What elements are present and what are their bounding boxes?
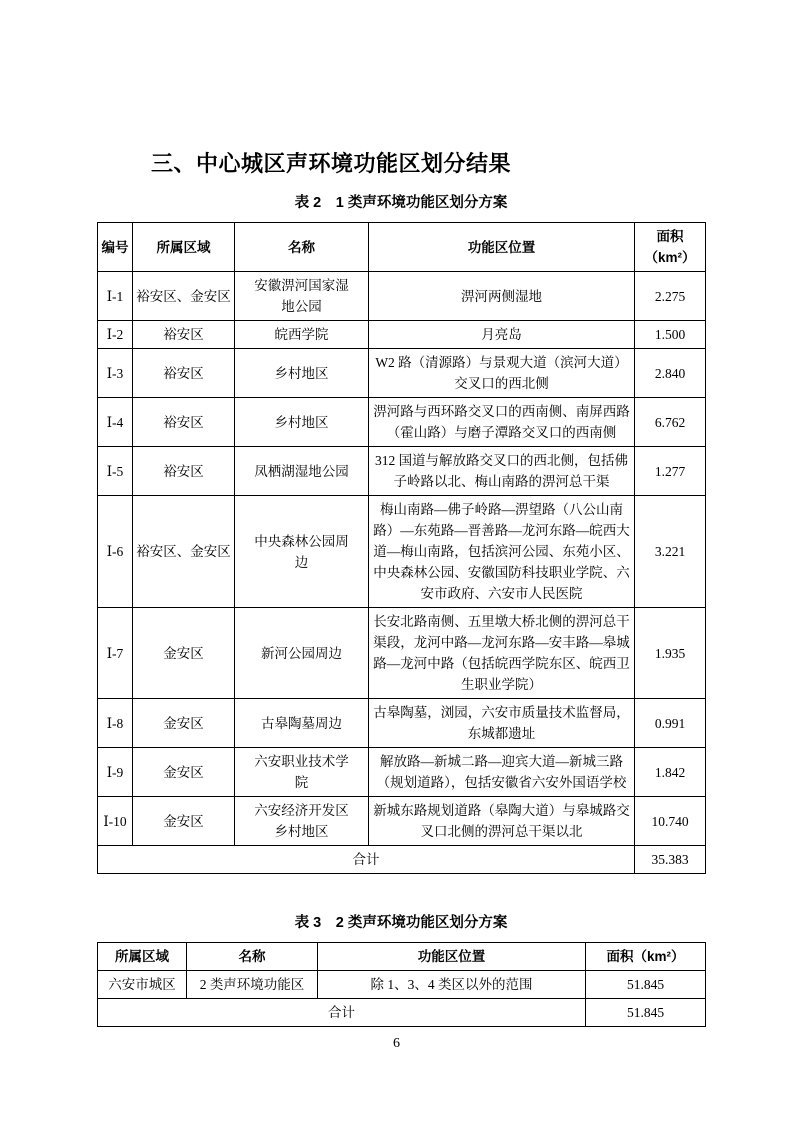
cell-location: 淠河两侧湿地: [369, 272, 635, 321]
column-header-location: 功能区位置: [369, 223, 635, 272]
table2-class1-zones: 编号 所属区域 名称 功能区位置 面积（km²） Ⅰ-1 裕安区、金安区 安徽淠…: [97, 222, 706, 874]
total-area: 35.383: [635, 846, 706, 874]
cell-name: 古皋陶墓周边: [235, 699, 369, 748]
column-header-area: 面积（km²）: [635, 223, 706, 272]
cell-area: 1.500: [635, 321, 706, 349]
cell-location: 梅山南路—佛子岭路—淠望路（八公山南路）—东苑路—晋善路—龙河东路—皖西大道—梅…: [369, 496, 635, 608]
table3-caption: 表 3 2 类声环境功能区划分方案: [97, 914, 705, 933]
cell-district: 裕安区: [133, 447, 235, 496]
table3-header-row: 所属区域 名称 功能区位置 面积（km²）: [98, 943, 706, 971]
total-area: 51.845: [586, 999, 706, 1027]
cell-location: 除 1、3、4 类区以外的范围: [318, 971, 586, 999]
cell-location: 解放路—新城二路—迎宾大道—新城三路（规划道路），包括安徽省六安外国语学校: [369, 748, 635, 797]
cell-id: Ⅰ-9: [98, 748, 133, 797]
cell-id: Ⅰ-4: [98, 398, 133, 447]
cell-district: 裕安区: [133, 398, 235, 447]
cell-district: 六安市城区: [98, 971, 187, 999]
cell-district: 金安区: [133, 748, 235, 797]
column-header-district: 所属区域: [133, 223, 235, 272]
cell-area: 1.935: [635, 608, 706, 699]
table2-total-row: 合计 35.383: [98, 846, 706, 874]
table-row: Ⅰ-9 金安区 六安职业技术学院 解放路—新城二路—迎宾大道—新城三路（规划道路…: [98, 748, 706, 797]
section-heading: 三、中心城区声环境功能区划分结果: [151, 150, 705, 177]
table-row: 六安市城区 2 类声环境功能区 除 1、3、4 类区以外的范围 51.845: [98, 971, 706, 999]
cell-name: 乡村地区: [235, 349, 369, 398]
cell-id: Ⅰ-1: [98, 272, 133, 321]
column-header-name: 名称: [235, 223, 369, 272]
cell-location: 新城东路规划道路（皋陶大道）与皋城路交叉口北侧的淠河总干渠以北: [369, 797, 635, 846]
cell-id: Ⅰ-6: [98, 496, 133, 608]
document-page: 三、中心城区声环境功能区划分结果 表 2 1 类声环境功能区划分方案 编号 所属…: [0, 0, 793, 1122]
cell-id: Ⅰ-8: [98, 699, 133, 748]
column-header-id: 编号: [98, 223, 133, 272]
table-row: Ⅰ-7 金安区 新河公园周边 长安北路南侧、五里墩大桥北侧的淠河总干渠段，龙河中…: [98, 608, 706, 699]
cell-area: 10.740: [635, 797, 706, 846]
column-header-district: 所属区域: [98, 943, 187, 971]
table-row: Ⅰ-5 裕安区 凤栖湖湿地公园 312 国道与解放路交叉口的西北侧，包括佛子岭路…: [98, 447, 706, 496]
cell-name: 安徽淠河国家湿地公园: [235, 272, 369, 321]
cell-name: 皖西学院: [235, 321, 369, 349]
cell-district: 裕安区: [133, 321, 235, 349]
table-row: Ⅰ-1 裕安区、金安区 安徽淠河国家湿地公园 淠河两侧湿地 2.275: [98, 272, 706, 321]
cell-area: 0.991: [635, 699, 706, 748]
table-row: Ⅰ-4 裕安区 乡村地区 淠河路与西环路交叉口的西南侧、南屏西路（霍山路）与磨子…: [98, 398, 706, 447]
cell-area: 51.845: [586, 971, 706, 999]
cell-name: 凤栖湖湿地公园: [235, 447, 369, 496]
cell-name: 2 类声环境功能区: [187, 971, 318, 999]
total-label: 合计: [98, 999, 586, 1027]
cell-district: 金安区: [133, 797, 235, 846]
page-number: 6: [0, 1036, 793, 1052]
cell-name: 六安职业技术学院: [235, 748, 369, 797]
cell-id: Ⅰ-7: [98, 608, 133, 699]
cell-area: 1.277: [635, 447, 706, 496]
cell-name: 乡村地区: [235, 398, 369, 447]
cell-district: 金安区: [133, 699, 235, 748]
total-label: 合计: [98, 846, 635, 874]
cell-area: 2.275: [635, 272, 706, 321]
cell-name: 新河公园周边: [235, 608, 369, 699]
cell-name: 中央森林公园周边: [235, 496, 369, 608]
cell-area: 2.840: [635, 349, 706, 398]
cell-name: 六安经济开发区乡村地区: [235, 797, 369, 846]
cell-id: Ⅰ-3: [98, 349, 133, 398]
cell-location: 淠河路与西环路交叉口的西南侧、南屏西路（霍山路）与磨子潭路交叉口的西南侧: [369, 398, 635, 447]
cell-id: Ⅰ-10: [98, 797, 133, 846]
cell-location: 312 国道与解放路交叉口的西北侧，包括佛子岭路以北、梅山南路的淠河总干渠: [369, 447, 635, 496]
table-row: Ⅰ-8 金安区 古皋陶墓周边 古皋陶墓，浏园，六安市质量技术监督局，东城都遗址 …: [98, 699, 706, 748]
cell-area: 1.842: [635, 748, 706, 797]
cell-location: W2 路（清源路）与景观大道（滨河大道）交叉口的西北侧: [369, 349, 635, 398]
column-header-location: 功能区位置: [318, 943, 586, 971]
cell-district: 裕安区、金安区: [133, 496, 235, 608]
cell-location: 月亮岛: [369, 321, 635, 349]
column-header-area: 面积（km²）: [586, 943, 706, 971]
cell-location: 长安北路南侧、五里墩大桥北侧的淠河总干渠段，龙河中路—龙河东路—安丰路—皋城路—…: [369, 608, 635, 699]
table3-class2-zones: 所属区域 名称 功能区位置 面积（km²） 六安市城区 2 类声环境功能区 除 …: [97, 942, 706, 1027]
table2-header-row: 编号 所属区域 名称 功能区位置 面积（km²）: [98, 223, 706, 272]
cell-district: 金安区: [133, 608, 235, 699]
cell-location: 古皋陶墓，浏园，六安市质量技术监督局，东城都遗址: [369, 699, 635, 748]
table-row: Ⅰ-2 裕安区 皖西学院 月亮岛 1.500: [98, 321, 706, 349]
column-header-name: 名称: [187, 943, 318, 971]
cell-area: 6.762: [635, 398, 706, 447]
cell-id: Ⅰ-2: [98, 321, 133, 349]
table-row: Ⅰ-10 金安区 六安经济开发区乡村地区 新城东路规划道路（皋陶大道）与皋城路交…: [98, 797, 706, 846]
cell-id: Ⅰ-5: [98, 447, 133, 496]
table3-total-row: 合计 51.845: [98, 999, 706, 1027]
table2-caption: 表 2 1 类声环境功能区划分方案: [97, 194, 705, 213]
cell-district: 裕安区: [133, 349, 235, 398]
table-row: Ⅰ-6 裕安区、金安区 中央森林公园周边 梅山南路—佛子岭路—淠望路（八公山南路…: [98, 496, 706, 608]
page-content: 三、中心城区声环境功能区划分结果 表 2 1 类声环境功能区划分方案 编号 所属…: [0, 0, 793, 1027]
table-row: Ⅰ-3 裕安区 乡村地区 W2 路（清源路）与景观大道（滨河大道）交叉口的西北侧…: [98, 349, 706, 398]
cell-district: 裕安区、金安区: [133, 272, 235, 321]
cell-area: 3.221: [635, 496, 706, 608]
